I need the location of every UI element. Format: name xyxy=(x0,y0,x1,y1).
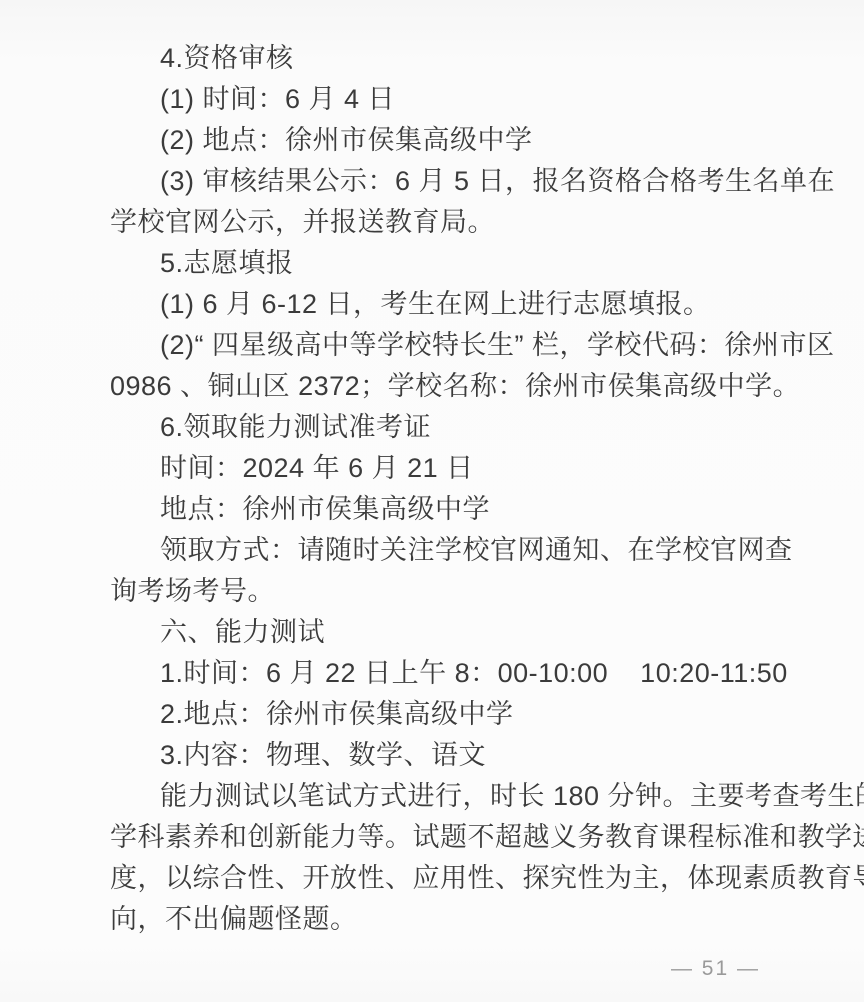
document-text-block: 4.资格审核 (1) 时间：6 月 4 日 (2) 地点：徐州市侯集高级中学 (… xyxy=(110,38,770,940)
text-line: (1) 时间：6 月 4 日 xyxy=(110,79,770,120)
text-line: 领取方式：请随时关注学校官网通知、在学校官网查 xyxy=(110,530,770,571)
text-line: 度，以综合性、开放性、应用性、探究性为主，体现素质教育导 xyxy=(110,858,770,899)
page-number: — 51 — xyxy=(0,957,760,981)
text-line: 0986 、铜山区 2372；学校名称：徐州市侯集高级中学。 xyxy=(110,366,770,407)
text-line: 6.领取能力测试准考证 xyxy=(110,407,770,448)
text-line: 六、能力测试 xyxy=(110,612,770,653)
text-line: 1.时间：6 月 22 日上午 8：00-10:00 10:20-11:50 xyxy=(110,653,770,694)
text-line: 能力测试以笔试方式进行，时长 180 分钟。主要考查考生的 xyxy=(110,776,770,817)
text-line: (3) 审核结果公示：6 月 5 日，报名资格合格考生名单在 xyxy=(110,161,770,202)
text-line: 5.志愿填报 xyxy=(110,243,770,284)
text-line: (2) 地点：徐州市侯集高级中学 xyxy=(110,120,770,161)
text-line: (2)“ 四星级高中等学校特长生” 栏，学校代码：徐州市区 xyxy=(110,325,770,366)
text-line: 地点：徐州市侯集高级中学 xyxy=(110,489,770,530)
text-line: 时间：2024 年 6 月 21 日 xyxy=(110,448,770,489)
text-line: 学校官网公示，并报送教育局。 xyxy=(110,202,770,243)
text-line: 向，不出偏题怪题。 xyxy=(110,899,770,940)
text-line: 3.内容：物理、数学、语文 xyxy=(110,735,770,776)
text-line: (1) 6 月 6-12 日，考生在网上进行志愿填报。 xyxy=(110,284,770,325)
text-line: 询考场考号。 xyxy=(110,571,770,612)
document-page: 4.资格审核 (1) 时间：6 月 4 日 (2) 地点：徐州市侯集高级中学 (… xyxy=(0,0,864,1002)
text-line: 2.地点：徐州市侯集高级中学 xyxy=(110,694,770,735)
text-line: 4.资格审核 xyxy=(110,38,770,79)
text-line: 学科素养和创新能力等。试题不超越义务教育课程标准和教学进 xyxy=(110,817,770,858)
